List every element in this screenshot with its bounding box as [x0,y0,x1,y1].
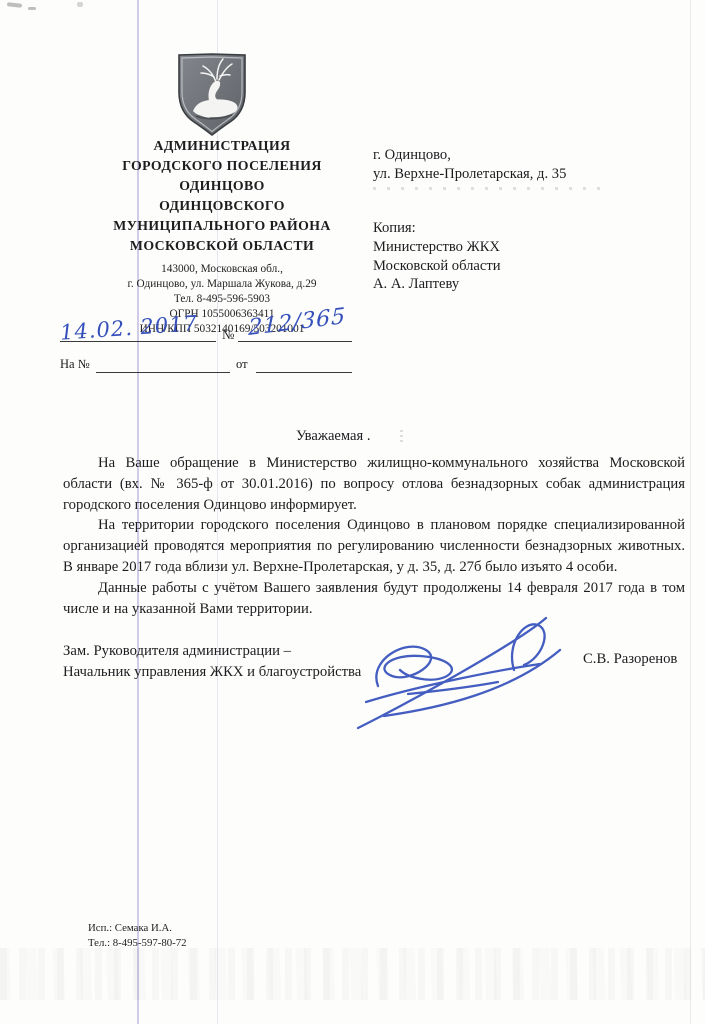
recipient-line: ул. Верхне-Пролетарская, д. 35 [373,165,633,184]
redacted-salutation-smudge [400,430,403,442]
signer-name: С.В. Разоренов [583,651,677,668]
footer-line: Тел.: 8-495-597-80-72 [88,936,187,951]
odintsovo-coat-of-arms-icon [176,52,248,138]
letter-page: АДМИНИСТРАЦИЯ ГОРОДСКОГО ПОСЕЛЕНИЯ ОДИНЦ… [0,0,705,1024]
number-sign-label: № [222,327,234,343]
contact-line: г. Одинцово, ул. Маршала Жукова, д.29 [70,277,374,292]
incoming-date-underline [256,372,352,373]
contact-line: Тел. 8-495-596-5903 [70,292,374,307]
contact-line: 143000, Московская обл., [70,262,374,277]
copy-line: Министерство ЖКХ [373,238,633,257]
org-line: ГОРОДСКОГО ПОСЕЛЕНИЯ [70,156,374,176]
copy-line: А. А. Лаптеву [373,275,633,294]
incoming-date-label: от [236,357,248,372]
scan-speck [77,2,83,7]
handwritten-signature [348,610,596,738]
executor-footer: Исп.: Семака И.А. Тел.: 8-495-597-80-72 [88,921,187,950]
scan-line-artifact [690,0,691,1024]
org-line: МУНИЦИПАЛЬНОГО РАЙОНА [70,216,374,236]
incoming-number-underline [96,372,230,373]
redacted-name-smudge [373,187,608,190]
salutation: Уважаемая . [296,428,371,445]
date-underline [60,341,216,342]
org-line: ОДИНЦОВСКОГО [70,196,374,216]
recipient-line: г. Одинцово, [373,146,633,165]
scan-speck [7,2,22,8]
org-line: АДМИНИСТРАЦИЯ [70,136,374,156]
copy-line: Московской области [373,257,633,276]
scan-noise-band [0,948,705,1000]
copy-line: Копия: [373,219,633,238]
letter-body: На Ваше обращение в Министерство жилищно… [63,453,685,619]
body-paragraph: На территории городского поселения Одинц… [63,515,685,577]
footer-line: Исп.: Семака И.А. [88,921,187,936]
body-paragraph: На Ваше обращение в Министерство жилищно… [63,453,685,515]
scan-speck [28,7,36,10]
copy-recipient-block: Копия: Министерство ЖКХ Московской облас… [373,219,633,294]
number-underline [238,341,352,342]
org-line: ОДИНЦОВО [70,176,374,196]
org-line: МОСКОВСКОЙ ОБЛАСТИ [70,236,374,256]
incoming-number-label: На № [60,357,90,372]
recipient-address: г. Одинцово, ул. Верхне-Пролетарская, д.… [373,146,633,184]
letterhead-org-name: АДМИНИСТРАЦИЯ ГОРОДСКОГО ПОСЕЛЕНИЯ ОДИНЦ… [70,136,374,256]
